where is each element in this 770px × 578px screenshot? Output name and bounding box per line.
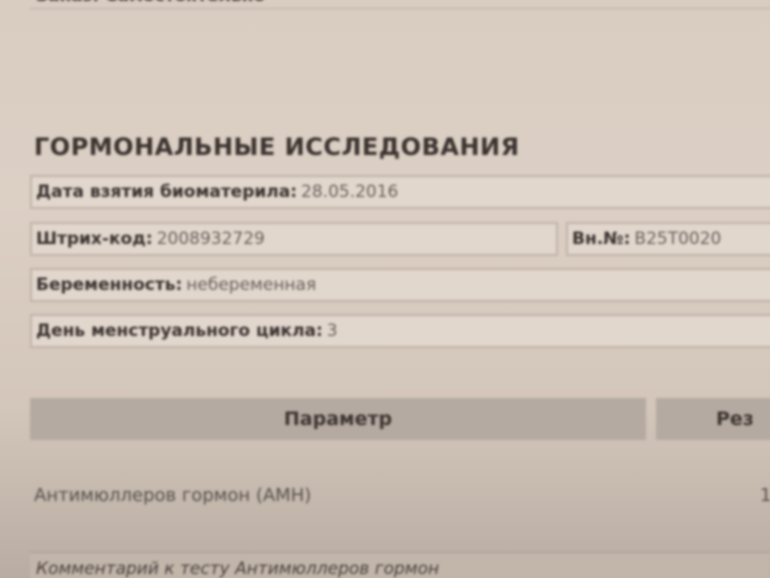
table-header-parameter: Параметр (30, 398, 646, 440)
table-header-result: Рез (656, 398, 770, 440)
table-row-result: 1 (760, 485, 770, 506)
cycle-day-label: День менструального цикла: (36, 321, 323, 341)
sample-date-label: Дата взятия биоматерила: (36, 182, 297, 202)
comment-text: Комментарий к тесту Антимюллеров гормон (36, 559, 439, 578)
pregnancy-field: Беременность:небеременная (30, 268, 770, 302)
sample-date-field: Дата взятия биоматерила:28.05.2016 (30, 175, 770, 209)
internal-number-value: B25T0020 (634, 229, 721, 249)
pregnancy-value: небеременная (186, 275, 316, 295)
barcode-label: Штрих-код: (36, 229, 153, 249)
section-title: ГОРМОНАЛЬНЫЕ ИССЛЕДОВАНИЯ (34, 133, 520, 161)
table-row-parameter: Антимюллеров гормон (АМН) (34, 485, 311, 506)
pregnancy-label: Беременность: (36, 275, 182, 295)
previous-section-fragment: Заказ: Самостоятельно (30, 0, 770, 9)
cycle-day-value: 3 (327, 321, 338, 341)
internal-number-label: Вн.№: (572, 229, 630, 249)
comment-band: Комментарий к тесту Антимюллеров гормон (30, 552, 770, 578)
internal-number-field: Вн.№:B25T0020 (566, 222, 770, 256)
previous-section-text: Заказ: Самостоятельно (36, 0, 265, 6)
cycle-day-field: День менструального цикла:3 (30, 314, 770, 348)
sample-date-value: 28.05.2016 (301, 182, 398, 202)
barcode-field: Штрих-код:2008932729 (30, 222, 558, 256)
barcode-value: 2008932729 (157, 229, 265, 249)
